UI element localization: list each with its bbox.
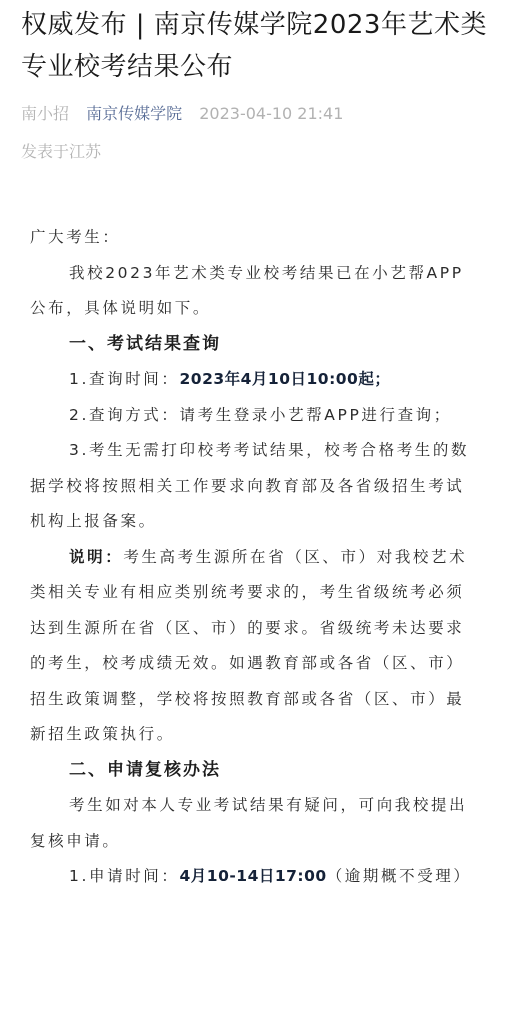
article-body: 广大考生： 我校2023年艺术类专业校考结果已在小艺帮APP公布，具体说明如下。… [21,220,475,895]
author-name: 南小招 [21,104,69,123]
no-print-item: 3.考生无需打印校考考试结果，校考合格考生的数据学校将按照相关工作要求向教育部及… [30,433,475,540]
review-time-label: 1.申请时间： [69,867,180,885]
article-meta: 南小招 南京传媒学院 2023-04-10 21:41 [21,102,491,126]
note-label: 说明： [69,548,123,566]
publish-location: 发表于江苏 [21,140,491,164]
section-heading-review: 二、申请复核办法 [30,753,475,789]
account-link[interactable]: 南京传媒学院 [86,104,182,123]
publish-datetime: 2023-04-10 21:41 [199,104,343,123]
article: 权威发布 | 南京传媒学院2023年艺术类专业校考结果公布 南小招 南京传媒学院… [0,0,491,895]
query-time-item: 1.查询时间：2023年4月10日10:00起； [30,362,475,398]
article-title: 权威发布 | 南京传媒学院2023年艺术类专业校考结果公布 [21,0,491,88]
greeting: 广大考生： [30,220,475,256]
note-text: 考生高考生源所在省（区、市）对我校艺术类相关专业有相应类别统考要求的，考生省级统… [30,548,467,744]
intro-paragraph: 我校2023年艺术类专业校考结果已在小艺帮APP公布，具体说明如下。 [30,256,475,327]
section-heading-query: 一、考试结果查询 [30,327,475,363]
query-time-label: 1.查询时间： [69,370,180,388]
note-paragraph: 说明：考生高考生源所在省（区、市）对我校艺术类相关专业有相应类别统考要求的，考生… [30,540,475,753]
query-method-item: 2.查询方式：请考生登录小艺帮APP进行查询； [30,398,475,434]
review-time-suffix: （逾期概不受理） [327,867,472,885]
review-time-item: 1.申请时间：4月10-14日17:00（逾期概不受理） [30,859,475,895]
query-time-value: 2023年4月10日10:00起； [180,370,391,388]
review-time-value: 4月10-14日17:00 [180,867,327,885]
review-intro: 考生如对本人专业考试结果有疑问，可向我校提出复核申请。 [30,788,475,859]
